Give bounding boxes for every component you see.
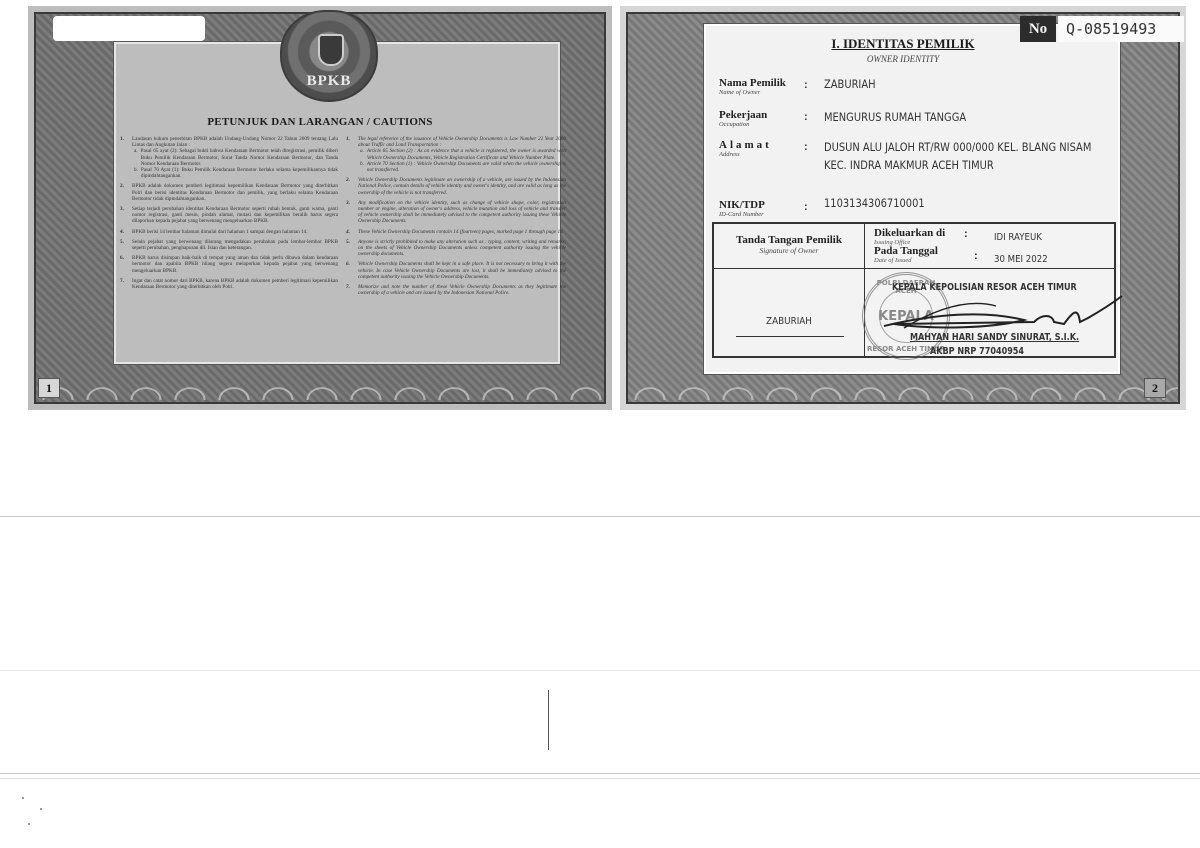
colon: : (974, 250, 978, 262)
item-body: Memorize and note the number of these Ve… (358, 284, 566, 296)
item-body: Landasan hukum penerbitan BPKB adalah Un… (132, 136, 338, 179)
item-text: Vehicle Ownership Documents shall be kep… (358, 261, 566, 280)
redacted-area (53, 16, 205, 41)
item-text: Any modification on the vehicle identity… (358, 200, 566, 225)
item-body: Ingat dan catat nomor dari BPKB, karena … (132, 278, 338, 290)
item-number: 1. (346, 136, 354, 173)
subitem-text: Pasal 70 Ayat (1): Buku Pemilik Kendaraa… (141, 167, 338, 179)
issued-at-row: Dikeluarkan di Issuing Office : IDI RAYE… (874, 228, 945, 246)
scan-fold-line (0, 778, 1200, 779)
item-number: 2. (120, 183, 128, 202)
item-number: 6. (120, 255, 128, 274)
item-text: Setiap terjadi perubahan identitas Kenda… (132, 206, 338, 225)
caution-subitem: b.Pasal 70 Ayat (1): Buku Pemilik Kendar… (132, 167, 338, 179)
item-text: The legal reference of the issuance of V… (358, 136, 566, 148)
item-number: 3. (346, 200, 354, 225)
item-body: Vehicle Ownership Documents shall be kep… (358, 261, 566, 280)
subitem-text: Article 65 Section (2) : As an evidence … (367, 148, 566, 160)
item-text: These Vehicle Ownership Documents contai… (358, 229, 564, 235)
item-body: The legal reference of the issuance of V… (358, 136, 566, 173)
issued-at-value: IDI RAYEUK (994, 232, 1042, 243)
item-body: Selain pejabat yang berwenang dilarang m… (132, 239, 338, 251)
caution-title: PETUNJUK DAN LARANGAN / CAUTIONS (28, 116, 612, 128)
caution-item: 1.Landasan hukum penerbitan BPKB adalah … (120, 136, 338, 179)
address-value-line2: KEC. INDRA MAKMUR ACEH TIMUR (824, 157, 994, 174)
item-number: 7. (346, 284, 354, 296)
item-text: BPKB adalah dokumen pemberi legitimasi k… (132, 183, 338, 202)
caution-item: 3.Setiap terjadi perubahan identitas Ken… (120, 206, 338, 225)
item-body: Setiap terjadi perubahan identitas Kenda… (132, 206, 338, 225)
subitem-text: Article 70 Section (1) : Vehicle Ownersh… (367, 161, 566, 173)
issued-on-label: Pada Tanggal (874, 246, 945, 257)
scan-fold-line (0, 773, 1200, 774)
owner-name-label: Nama Pemilik Name of Owner (719, 78, 786, 96)
label-text: Nama Pemilik (719, 78, 786, 89)
caution-item: 7.Ingat dan catat nomor dari BPKB, karen… (120, 278, 338, 290)
label-text: Tanda Tangan Pemilik (714, 234, 864, 246)
item-text: Selain pejabat yang berwenang dilarang m… (132, 239, 338, 251)
caution-item: 2.Vehicle Ownership Documents legitimate… (346, 177, 566, 196)
section-title-text: I. IDENTITAS PEMILIK (831, 36, 974, 51)
item-text: Ingat dan catat nomor dari BPKB, karena … (132, 278, 338, 290)
item-number: 4. (120, 229, 128, 235)
scan-speck (28, 823, 30, 825)
item-number: 7. (120, 278, 128, 290)
officer-rank: AKBP NRP 77040954 (930, 346, 1024, 357)
colon: : (804, 79, 808, 91)
item-body: Any modification on the vehicle identity… (358, 200, 566, 225)
item-text: Anyone is strictly prohibited to make an… (358, 239, 566, 258)
subitem-letter: b. (134, 167, 138, 179)
label-text: Pekerjaan (719, 110, 767, 121)
issued-on-row: Pada Tanggal Date of Issued : 30 MEI 202… (874, 246, 945, 264)
item-body: These Vehicle Ownership Documents contai… (358, 229, 564, 235)
label-text: Alamat (719, 140, 772, 151)
item-text: Memorize and note the number of these Ve… (358, 284, 566, 296)
item-text: Vehicle Ownership Documents legitimate a… (358, 177, 566, 196)
item-number: 5. (346, 239, 354, 258)
caution-list-indonesian: 1.Landasan hukum penerbitan BPKB adalah … (120, 136, 338, 294)
item-number: 3. (120, 206, 128, 225)
address-value-line1: DUSUN ALU JALOH RT/RW 000/000 KEL. BLANG… (824, 139, 1091, 156)
caution-subitem: a.Article 65 Section (2) : As an evidenc… (358, 148, 566, 160)
item-number: 6. (346, 261, 354, 280)
signature-table: Tanda Tangan Pemilik Signature of Owner … (712, 222, 1116, 358)
subitem-letter: a. (360, 148, 364, 160)
label-en: ID-Card Number (719, 211, 765, 218)
item-body: BPKB adalah dokumen pemberi legitimasi k… (132, 183, 338, 202)
item-number: 5. (120, 239, 128, 251)
officer-name: MAHYAN HARI SANDY SINURAT, S.I.K. (910, 332, 1079, 343)
colon: : (804, 111, 808, 123)
item-number: 4. (346, 229, 354, 235)
issuance-details: Dikeluarkan di Issuing Office : IDI RAYE… (874, 228, 945, 264)
subitem-letter: b. (360, 161, 364, 173)
caution-item: 5.Anyone is strictly prohibited to make … (346, 239, 566, 258)
caution-subitem: a.Pasal 65 ayat (2): Sebagai bukti bahwa… (132, 148, 338, 167)
nik-label: NIK/TDP ID-Card Number (719, 200, 765, 218)
item-number: 1. (120, 136, 128, 179)
label-en: Occupation (719, 121, 767, 128)
scan-speck (548, 690, 549, 750)
section-subtitle: OWNER IDENTITY (620, 54, 1186, 64)
shield-icon (318, 34, 344, 66)
caution-item: 6.Vehicle Ownership Documents shall be k… (346, 261, 566, 280)
scan-speck (40, 808, 42, 810)
colon: : (804, 201, 808, 213)
document-page-1: BPKB PETUNJUK DAN LARANGAN / CAUTIONS 1.… (28, 6, 612, 410)
emblem-label: BPKB (282, 73, 376, 90)
caution-subitem: b.Article 70 Section (1) : Vehicle Owner… (358, 161, 566, 173)
caution-item: 5.Selain pejabat yang berwenang dilarang… (120, 239, 338, 251)
owner-signature-label: Tanda Tangan Pemilik Signature of Owner (714, 234, 864, 255)
subitem-letter: a. (134, 148, 138, 167)
guilloche-border (628, 374, 1178, 400)
owner-name-value: ZABURIAH (824, 76, 876, 93)
label-text: NIK/TDP (719, 200, 765, 211)
item-text: BPKB harus disimpan baik-baik di tempat … (132, 255, 338, 274)
scan-fold-line (0, 670, 1200, 671)
section-title: I. IDENTITAS PEMILIK (620, 36, 1186, 52)
label-en: Signature of Owner (714, 246, 864, 255)
caution-item: 4.BPKB berisi 14 lembar halaman dimulai … (120, 229, 338, 235)
item-body: Vehicle Ownership Documents legitimate a… (358, 177, 566, 196)
page-number: 2 (1144, 378, 1166, 398)
issued-at-label: Dikeluarkan di (874, 228, 945, 239)
signature-line (736, 336, 844, 337)
document-page-2: No Q-08519493 I. IDENTITAS PEMILIK OWNER… (620, 6, 1186, 410)
bpkb-emblem-icon: BPKB (280, 10, 378, 102)
nik-value: 1103134306710001 (824, 195, 925, 212)
occupation-label: Pekerjaan Occupation (719, 110, 767, 128)
owner-signature-name: ZABURIAH (723, 316, 855, 327)
issued-on-label-en: Date of Issued (874, 257, 945, 264)
label-en: Name of Owner (719, 89, 786, 96)
item-body: Anyone is strictly prohibited to make an… (358, 239, 566, 258)
caution-list-english: 1.The legal reference of the issuance of… (346, 136, 566, 300)
item-text: BPKB berisi 14 lembar halaman dimulai da… (132, 229, 308, 235)
item-number: 2. (346, 177, 354, 196)
caution-item: 3.Any modification on the vehicle identi… (346, 200, 566, 225)
subitem-text: Pasal 65 ayat (2): Sebagai bukti bahwa K… (141, 148, 338, 167)
caution-item: 1.The legal reference of the issuance of… (346, 136, 566, 173)
scan-speck (22, 797, 24, 799)
caution-item: 6.BPKB harus disimpan baik-baik di tempa… (120, 255, 338, 274)
item-body: BPKB harus disimpan baik-baik di tempat … (132, 255, 338, 274)
item-body: BPKB berisi 14 lembar halaman dimulai da… (132, 229, 308, 235)
caution-item: 7.Memorize and note the number of these … (346, 284, 566, 296)
caution-item: 2.BPKB adalah dokumen pemberi legitimasi… (120, 183, 338, 202)
issued-on-value: 30 MEI 2022 (994, 254, 1048, 265)
guilloche-border (36, 374, 604, 400)
occupation-value: MENGURUS RUMAH TANGGA (824, 109, 966, 126)
item-text: Landasan hukum penerbitan BPKB adalah Un… (132, 136, 338, 148)
colon: : (804, 141, 808, 153)
colon: : (964, 228, 968, 240)
scan-fold-line (0, 516, 1200, 517)
table-divider (714, 268, 1114, 269)
label-en: Address (719, 151, 772, 158)
address-label: Alamat Address (719, 140, 772, 158)
page-number: 1 (38, 378, 60, 398)
caution-item: 4.These Vehicle Ownership Documents cont… (346, 229, 566, 235)
